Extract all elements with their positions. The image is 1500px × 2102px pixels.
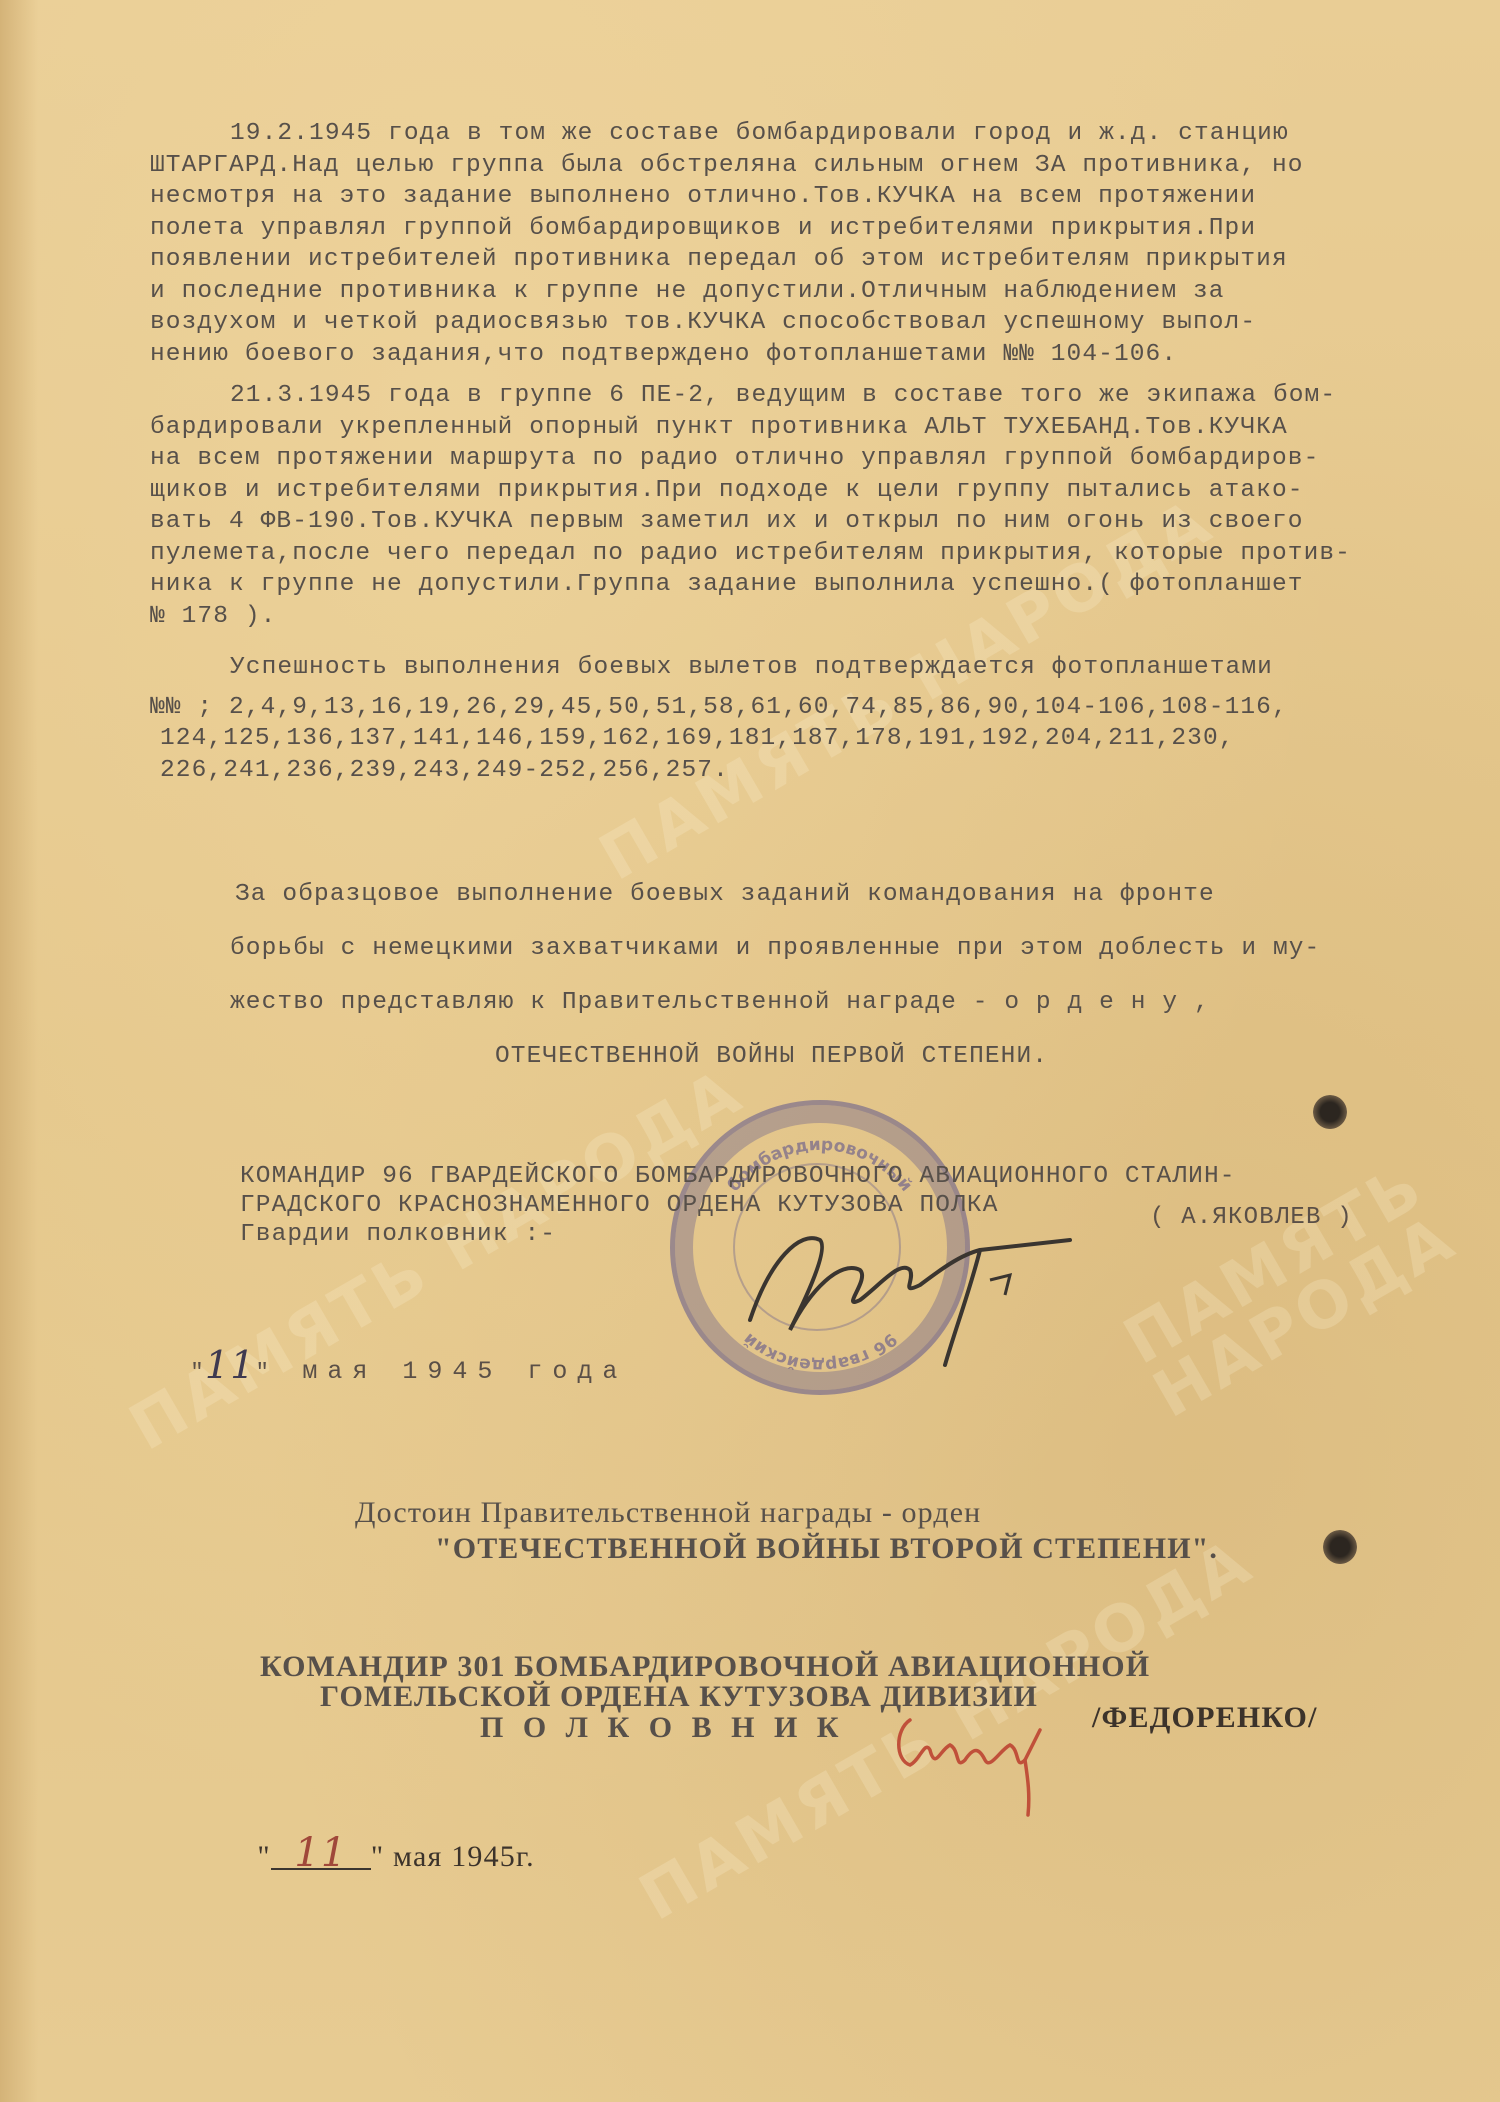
text-line: № 178 ). (150, 601, 1440, 633)
paragraph-1: 19.2.1945 года в том же составе бомбарди… (150, 118, 1440, 370)
commander-rank: П О Л К О В Н И К (260, 1712, 1160, 1744)
text-line: воздухом и четкой радиосвязью тов.КУЧКА … (150, 307, 1440, 339)
text-line: полета управлял группой бомбардировщиков… (150, 213, 1440, 245)
text-line: жество представляю к Правительственной н… (230, 976, 1500, 1030)
division-commander-block: КОМАНДИР 301 БОМБАРДИРОВОЧНОЙ АВИАЦИОННО… (260, 1652, 1160, 1744)
text-line: №№ ; 2,4,9,13,16,19,26,29,45,50,51,58,61… (150, 692, 1440, 724)
text-line: 21.3.1945 года в группе 6 ПЕ-2, ведущим … (150, 380, 1440, 412)
text-line: За образцовое выполнение боевых заданий … (235, 868, 1500, 922)
text-line: 124,125,136,137,141,146,159,162,169,181,… (150, 723, 1440, 755)
regiment-date: "11" мая 1945 года (158, 1320, 627, 1388)
text-line: на всем протяжении маршрута по радио отл… (150, 443, 1440, 475)
photo-tablets-paragraph: Успешность выполнения боевых вылетов под… (150, 652, 1440, 786)
text-line: пулемета,после чего передал по радио ист… (150, 538, 1440, 570)
text-line: и последние противника к группе не допус… (150, 276, 1440, 308)
commander-name: ( А.ЯКОВЛЕВ ) (1150, 1203, 1353, 1233)
punch-hole (1313, 1095, 1347, 1129)
commander-title: КОМАНДИР 96 ГВАРДЕЙСКОГО БОМБАРДИРОВОЧНО… (240, 1162, 1500, 1191)
text-line: нению боевого задания,что подтверждено ф… (150, 339, 1440, 371)
paragraph-2: 21.3.1945 года в группе 6 ПЕ-2, ведущим … (150, 380, 1440, 632)
text-line: 19.2.1945 года в том же составе бомбарди… (150, 118, 1440, 150)
text-line: вать 4 ФВ-190.Тов.КУЧКА первым заметил и… (150, 506, 1440, 538)
text-line: несмотря на это задание выполнено отличн… (150, 181, 1440, 213)
commander-name: /ФЕДОРЕНКО/ (1092, 1703, 1318, 1733)
text-line: ника к группе не допустили.Группа задани… (150, 569, 1440, 601)
punch-hole (1323, 1530, 1357, 1564)
text-line: бардировали укрепленный опорный пункт пр… (150, 412, 1440, 444)
division-date: "11" мая 1945г. (240, 1808, 535, 1872)
text-line: Успешность выполнения боевых вылетов под… (150, 652, 1440, 684)
text-line: 226,241,236,239,243,249-252,256,257. (150, 755, 1440, 787)
svg-text:96 гвардейский: 96 гвардейский (740, 1329, 901, 1375)
text-line: щиков и истребителями прикрытия.При подх… (150, 475, 1440, 507)
text-line: появлении истребителей противника переда… (150, 244, 1440, 276)
decision-text: Достоин Правительственной награды - орде… (355, 1495, 1500, 1531)
commander-title: КОМАНДИР 301 БОМБАРДИРОВОЧНОЙ АВИАЦИОННО… (260, 1652, 1160, 1682)
award-name: ОТЕЧЕСТВЕННОЙ ВОЙНЫ ПЕРВОЙ СТЕПЕНИ. (235, 1030, 1500, 1084)
text-line: борьбы с немецкими захватчиками и проявл… (230, 922, 1500, 976)
commander-title: ГОМЕЛЬСКОЙ ОРДЕНА КУТУЗОВА ДИВИЗИИ (260, 1682, 1160, 1712)
paper-edge (0, 0, 38, 2102)
text-line: ШТАРГАРД.Над целью группа была обстрелян… (150, 150, 1440, 182)
recommendation-paragraph: За образцовое выполнение боевых заданий … (235, 868, 1500, 1084)
